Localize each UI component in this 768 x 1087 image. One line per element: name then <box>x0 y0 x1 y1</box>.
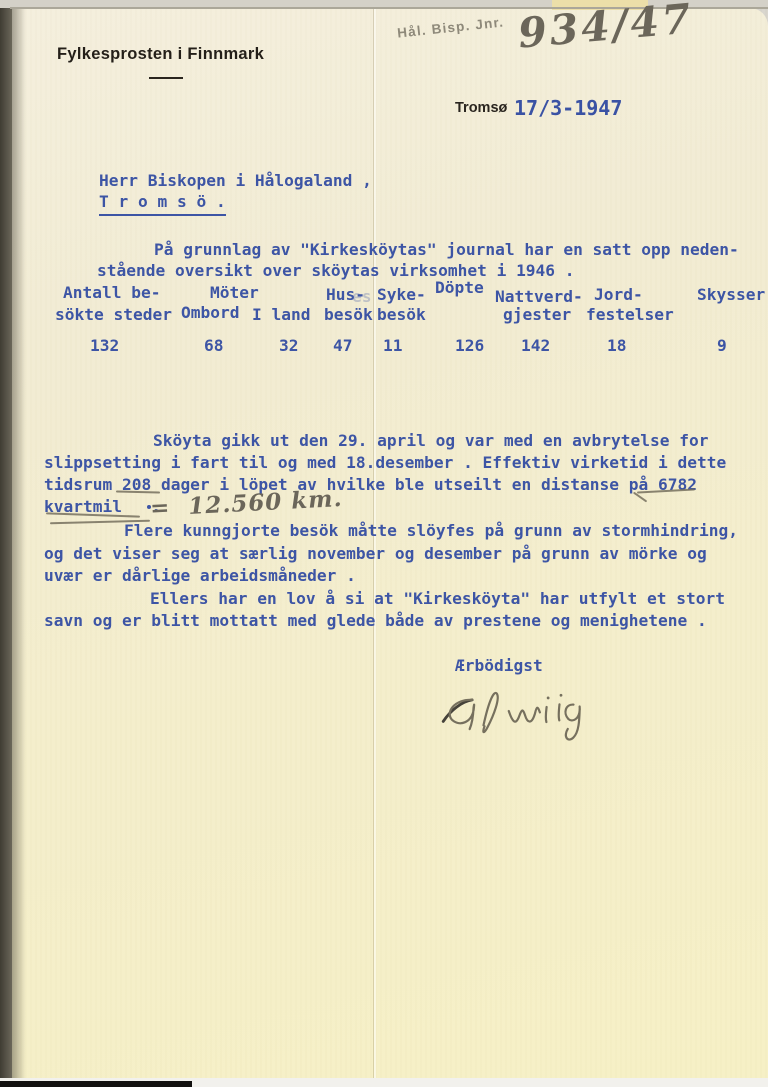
col-header-jord-2: festelser <box>586 305 674 324</box>
voyage-line-1: Sköyta gikk ut den 29. april og var med … <box>153 431 709 450</box>
scanned-letter: Fylkesprosten i Finnmark Hål. Bisp. Jnr.… <box>0 0 768 1087</box>
valediction: Ærbödigst <box>455 656 543 675</box>
col-header-dopte: Döpte <box>435 278 484 297</box>
col-header-hus-2: besök <box>324 305 373 324</box>
value-nattverd: 142 <box>521 336 550 355</box>
conclusion-line-2: savn og er blitt mottatt med glede både … <box>44 611 707 630</box>
dateline-place: Tromsø <box>455 100 507 116</box>
letterhead-rule <box>149 77 183 79</box>
col-header-moter: Möter <box>210 283 259 302</box>
col-header-nattverd-1: Nattverd- <box>495 287 583 306</box>
col-header-skysser: Skysser <box>697 285 765 304</box>
weather-line-3: uvær er dårlige arbeidsmåneder . <box>44 566 356 585</box>
conclusion-line-1: Ellers har en lov å si at "Kirkesköyta" … <box>150 589 725 608</box>
value-ombord: 68 <box>204 336 224 355</box>
recipient-city: T r o m s ö . <box>99 192 226 216</box>
col-header-antall-2: sökte steder <box>55 305 172 324</box>
value-antall: 132 <box>90 336 119 355</box>
value-iland: 32 <box>279 336 299 355</box>
col-header-jord-1: Jord- <box>594 285 643 304</box>
value-jord: 18 <box>607 336 627 355</box>
fold-crease <box>374 8 376 1078</box>
scan-edge-bottom-black <box>0 1081 192 1087</box>
col-header-syke-1: Syke- <box>377 285 426 304</box>
recipient-line: Herr Biskopen i Hålogaland , <box>99 171 372 190</box>
value-sykebesok: 11 <box>383 336 403 355</box>
col-header-syke-2: besök <box>377 305 426 324</box>
value-husbesok: 47 <box>333 336 353 355</box>
letterhead-title: Fylkesprosten i Finnmark <box>57 45 264 64</box>
intro-line-2: stående oversikt over sköytas virksomhet… <box>97 261 575 280</box>
weather-line-2: og det viser seg at særlig november og d… <box>44 544 707 563</box>
col-header-ombord: Ombord <box>181 303 239 322</box>
value-skysser: 9 <box>717 336 727 355</box>
voyage-line-2: slippsetting i fart til og med 18.desemb… <box>44 453 726 472</box>
col-header-nattverd-2: gjester <box>503 305 571 324</box>
scan-edge-left <box>0 0 12 1087</box>
scan-edge-left-shadow <box>12 0 26 1087</box>
signature-handwriting: Alf Wiig <box>436 675 619 754</box>
col-header-iland: I land <box>252 305 310 324</box>
value-dopte: 126 <box>455 336 484 355</box>
weather-line-1: Flere kunngjorte besök måtte slöyfes på … <box>124 521 738 540</box>
col-header-antall-1: Antall be- <box>63 283 160 302</box>
intro-line-1: På grunnlag av "Kirkesköytas" journal ha… <box>154 240 739 259</box>
dateline-date: 17/3-1947 <box>514 96 622 120</box>
header-overstrike: es <box>352 287 372 306</box>
